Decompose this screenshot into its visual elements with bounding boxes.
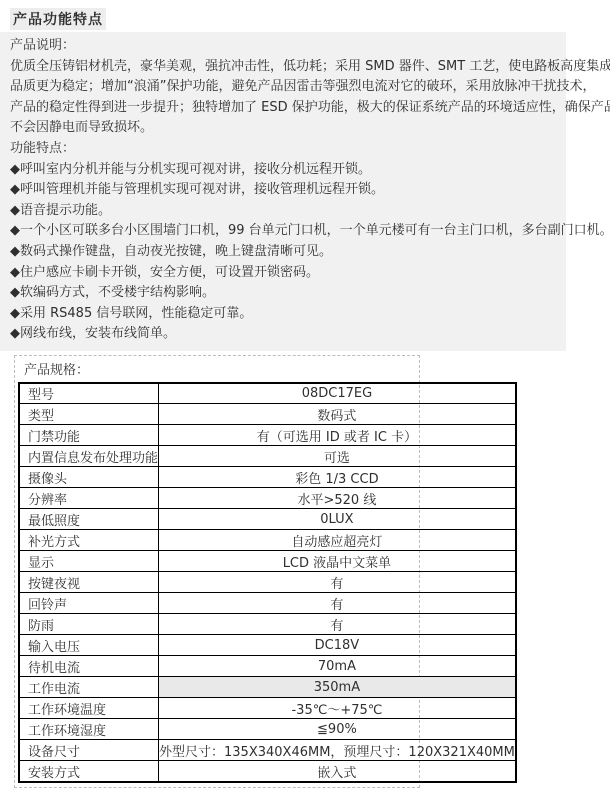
spec-row: 内置信息发布处理功能可选 <box>19 446 516 467</box>
spec-label-cell: 类型 <box>19 404 159 425</box>
spec-value-cell: 有（可选用 ID 或者 IC 卡） <box>159 425 516 446</box>
feature-item: ◆采用 RS485 信号联网，性能稳定可靠。 <box>10 304 560 325</box>
spec-value-cell: 0LUX <box>159 509 516 530</box>
description-lines: 优质全压铸铝材机壳，豪华美观，强抗冲击性，低功耗；采用 SMD 器件、SMT 工… <box>10 57 560 139</box>
spec-label-cell: 设备尺寸 <box>19 740 159 761</box>
features-list: ◆呼叫室内分机并能与分机实现可视对讲，接收分机远程开锁。◆呼叫管理机并能与管理机… <box>10 160 560 345</box>
feature-item: ◆一个小区可联多台小区围墙门口机，99 台单元门口机，一个单元楼可有一台主门口机… <box>10 221 560 242</box>
description-heading: 产品说明： <box>10 36 560 57</box>
spec-label-cell: 门禁功能 <box>19 425 159 446</box>
spec-value-cell: 有 <box>159 572 516 593</box>
spec-value-cell: 70mA <box>159 656 516 677</box>
spec-row: 输入电压DC18V <box>19 635 516 656</box>
spec-row: 显示LCD 液晶中文菜单 <box>19 551 516 572</box>
feature-item: ◆呼叫室内分机并能与分机实现可视对讲，接收分机远程开锁。 <box>10 160 560 181</box>
spec-label-cell: 补光方式 <box>19 530 159 551</box>
page-title: 产品功能特点 <box>10 8 106 30</box>
spec-row: 型号08DC17EG <box>19 383 516 404</box>
spec-value-cell: ≦90% <box>159 719 516 740</box>
spec-row: 按键夜视有 <box>19 572 516 593</box>
spec-row: 类型数码式 <box>19 404 516 425</box>
spec-row: 补光方式自动感应超亮灯 <box>19 530 516 551</box>
spec-row: 工作环境湿度≦90% <box>19 719 516 740</box>
spec-label-cell: 摄像头 <box>19 467 159 488</box>
product-spec-box: 产品规格： 型号08DC17EG类型数码式门禁功能有（可选用 ID 或者 IC … <box>14 355 420 788</box>
spec-label-cell: 型号 <box>19 383 159 404</box>
spec-label-cell: 工作电流 <box>19 677 159 698</box>
spec-label-cell: 安装方式 <box>19 761 159 782</box>
spec-label-cell: 内置信息发布处理功能 <box>19 446 159 467</box>
spec-label-cell: 防雨 <box>19 614 159 635</box>
spec-value-cell: 有 <box>159 614 516 635</box>
description-line: 品质更为稳定；增加“浪涌”保护功能，避免产品因雷击等强烈电流对它的破环，采用放脉… <box>10 77 560 98</box>
description-line: 优质全压铸铝材机壳，豪华美观，强抗冲击性，低功耗；采用 SMD 器件、SMT 工… <box>10 57 560 78</box>
spec-value-cell: 有 <box>159 593 516 614</box>
spec-value-cell: 350mA <box>159 677 516 698</box>
spec-label-cell: 回铃声 <box>19 593 159 614</box>
spec-value-cell: 水平>520 线 <box>159 488 516 509</box>
feature-item: ◆呼叫管理机并能与管理机实现可视对讲，接收管理机远程开锁。 <box>10 180 560 201</box>
spec-row: 工作环境温度-35℃～+75℃ <box>19 698 516 719</box>
spec-value-cell: 彩色 1/3 CCD <box>159 467 516 488</box>
spec-label-cell: 按键夜视 <box>19 572 159 593</box>
spec-row: 摄像头彩色 1/3 CCD <box>19 467 516 488</box>
feature-item: ◆软编码方式，不受楼宇结构影响。 <box>10 283 560 304</box>
feature-item: ◆住户感应卡刷卡开锁，安全方便，可设置开锁密码。 <box>10 263 560 284</box>
spec-label-cell: 工作环境温度 <box>19 698 159 719</box>
description-line: 不会因静电而导致损坏。 <box>10 118 560 139</box>
spec-value-cell: 外型尺寸：135X340X46MM，预埋尺寸：120X321X40MM <box>159 740 516 761</box>
spec-label-cell: 最低照度 <box>19 509 159 530</box>
spec-row: 门禁功能有（可选用 ID 或者 IC 卡） <box>19 425 516 446</box>
spec-label-cell: 显示 <box>19 551 159 572</box>
spec-row: 待机电流70mA <box>19 656 516 677</box>
spec-value-cell: 08DC17EG <box>159 383 516 404</box>
features-heading: 功能特点： <box>10 139 560 160</box>
spec-label-cell: 分辨率 <box>19 488 159 509</box>
spec-row: 回铃声有 <box>19 593 516 614</box>
spec-row: 防雨有 <box>19 614 516 635</box>
description-line: 产品的稳定性得到进一步提升；独特增加了 ESD 保护功能，极大的保证系统产品的环… <box>10 98 560 119</box>
spec-value-cell: 数码式 <box>159 404 516 425</box>
spec-table-body: 型号08DC17EG类型数码式门禁功能有（可选用 ID 或者 IC 卡）内置信息… <box>19 383 516 782</box>
spec-value-cell: 嵌入式 <box>159 761 516 782</box>
spec-label-cell: 待机电流 <box>19 656 159 677</box>
feature-item: ◆数码式操作键盘，自动夜光按键，晚上键盘清晰可见。 <box>10 242 560 263</box>
spec-row: 分辨率水平>520 线 <box>19 488 516 509</box>
spec-value-cell: DC18V <box>159 635 516 656</box>
spec-label-cell: 输入电压 <box>19 635 159 656</box>
feature-item: ◆语音提示功能。 <box>10 201 560 222</box>
spec-value-cell: LCD 液晶中文菜单 <box>159 551 516 572</box>
spec-label-cell: 工作环境湿度 <box>19 719 159 740</box>
spec-row: 安装方式嵌入式 <box>19 761 516 782</box>
spec-value-cell: -35℃～+75℃ <box>159 698 516 719</box>
feature-item: ◆网线布线，安装布线简单。 <box>10 324 560 345</box>
spec-row: 工作电流350mA <box>19 677 516 698</box>
spec-table: 型号08DC17EG类型数码式门禁功能有（可选用 ID 或者 IC 卡）内置信息… <box>18 382 517 783</box>
spec-value-cell: 自动感应超亮灯 <box>159 530 516 551</box>
spec-value-cell: 可选 <box>159 446 516 467</box>
spec-row: 设备尺寸外型尺寸：135X340X46MM，预埋尺寸：120X321X40MM <box>19 740 516 761</box>
spec-heading: 产品规格： <box>24 361 417 380</box>
spec-row: 最低照度0LUX <box>19 509 516 530</box>
intro-section: 产品说明： 优质全压铸铝材机壳，豪华美观，强抗冲击性，低功耗；采用 SMD 器件… <box>0 32 566 351</box>
